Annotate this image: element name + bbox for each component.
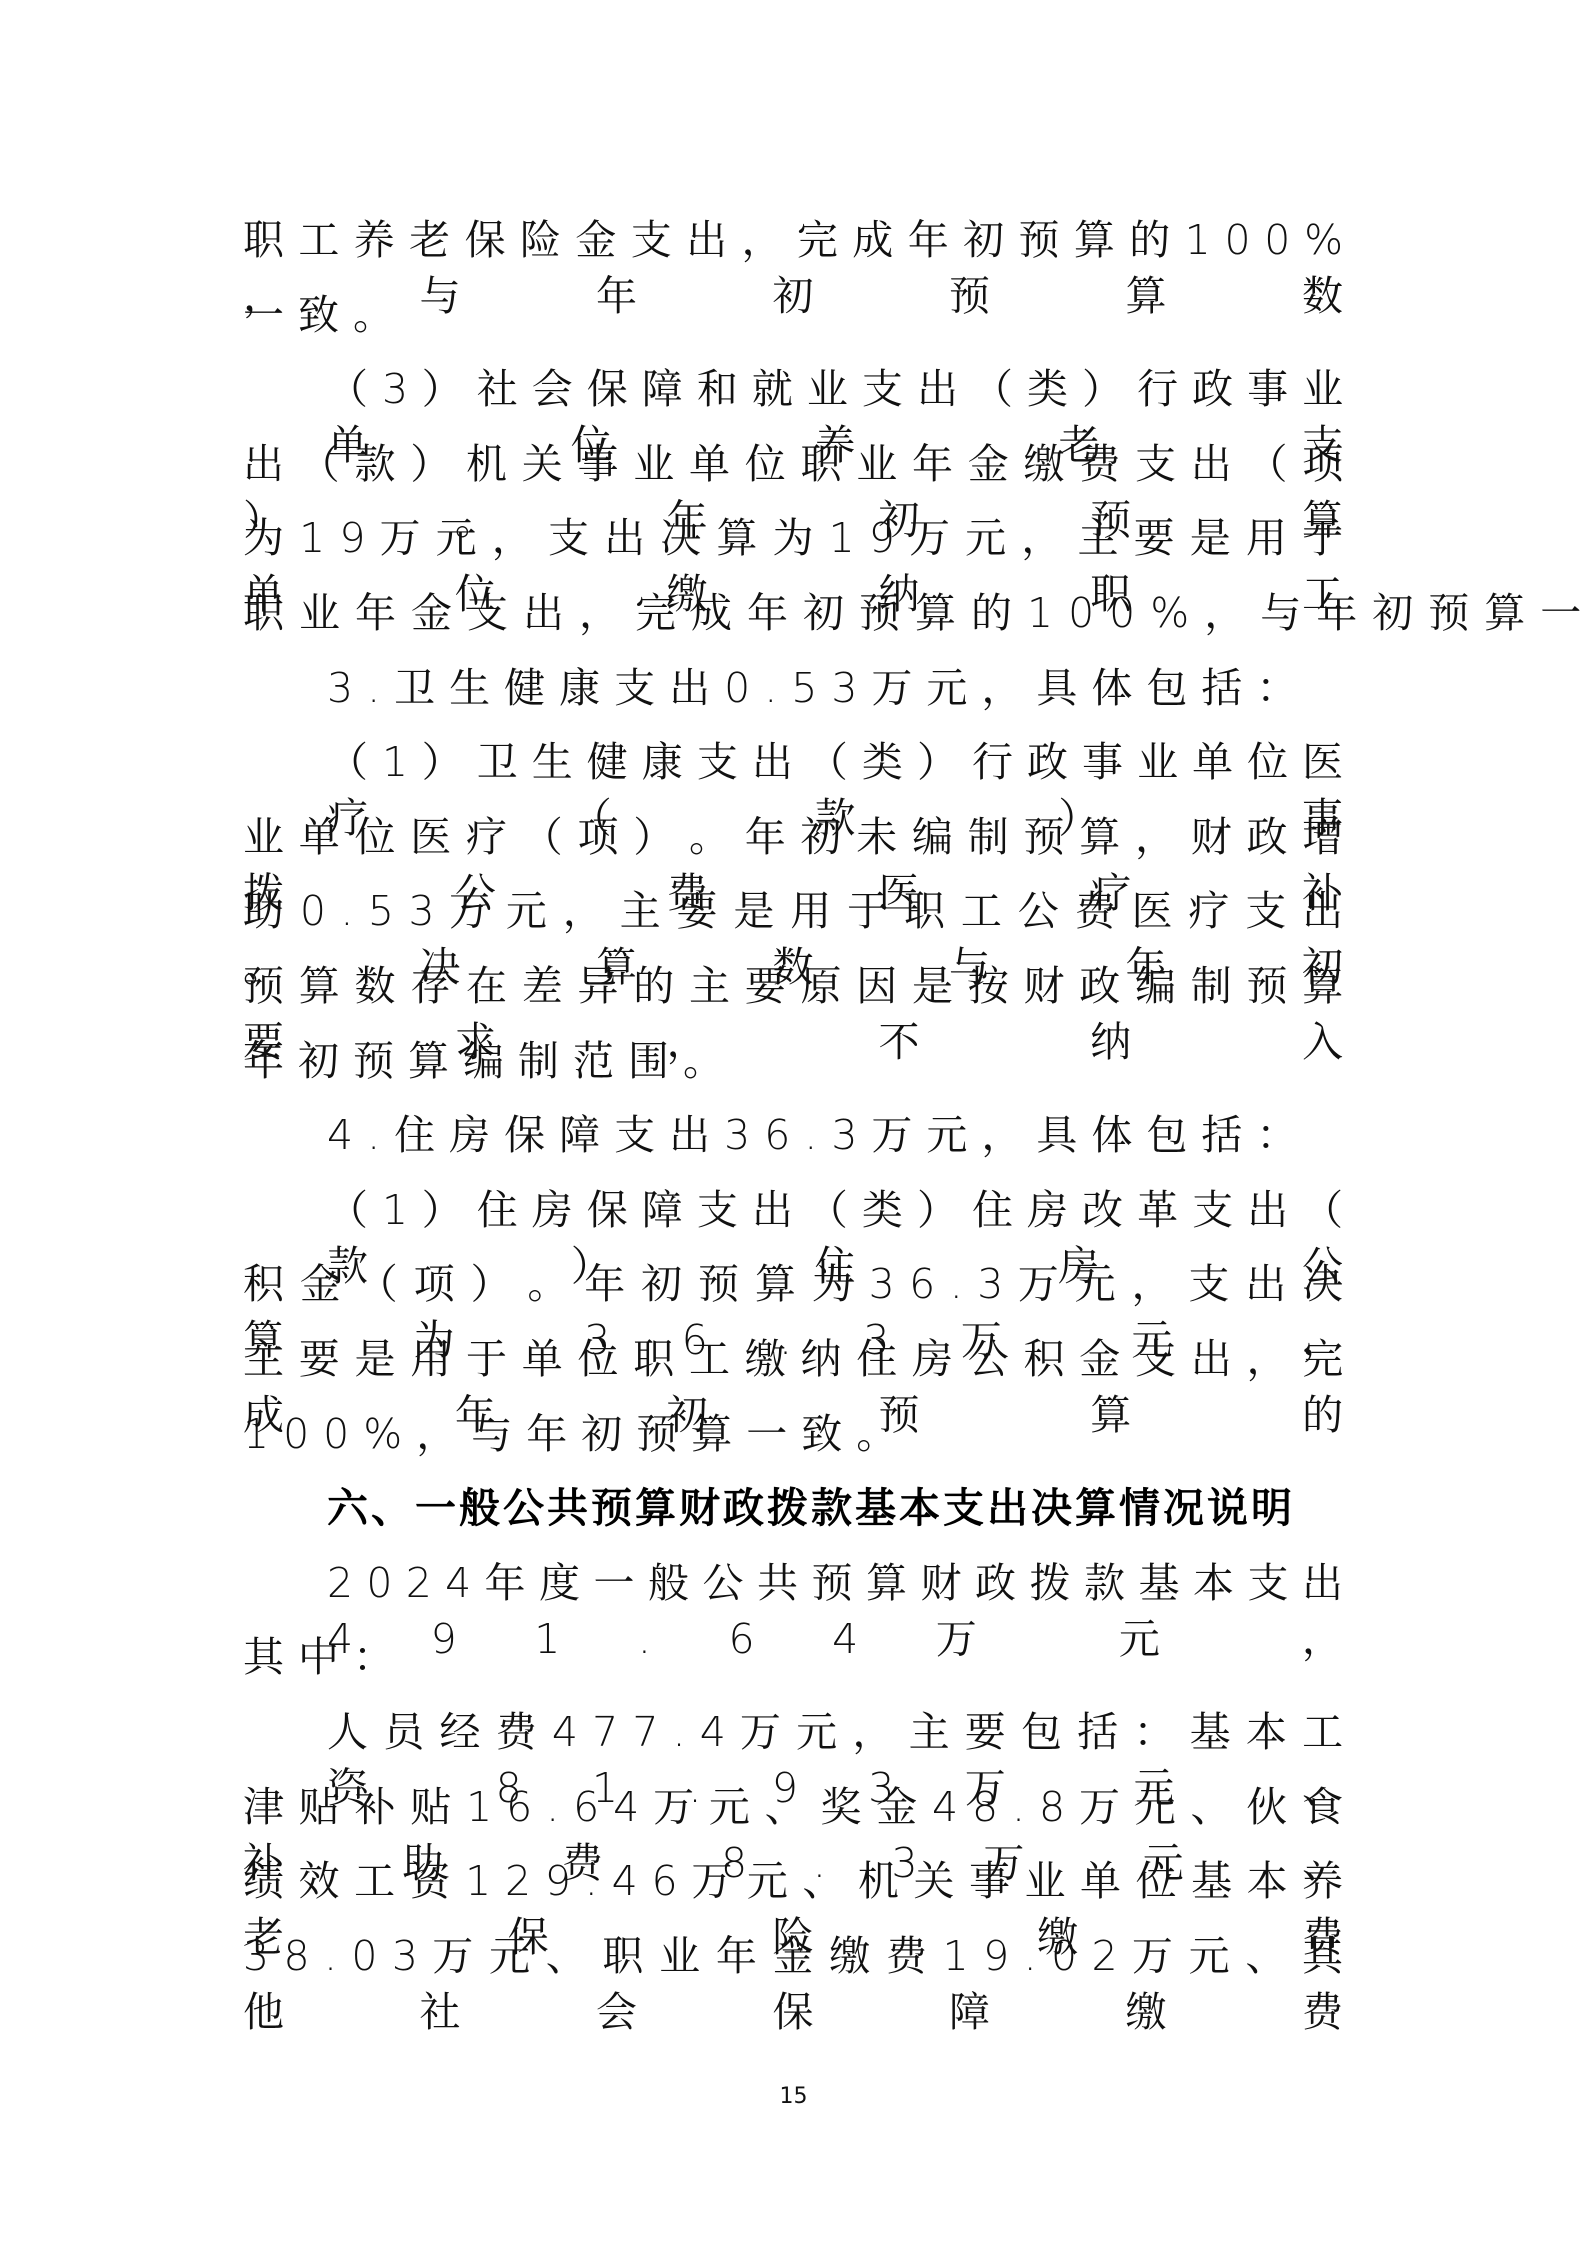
paragraph-line: （​ 1​ ）​ 卫​ 生​ 健​ 康​ 支​ 出​ （​ 类​ ）​ 行​ 政… [327,734,1343,790]
section-heading: 六、一般公共预算财政拨款基本支出决算情况说明 [327,1480,1343,1536]
paragraph-line: 预​ 算​ 数​ 存​ 在​ 差​ 异​ 的​ 主​ 要​ 原​ 因​ 是​ 按… [243,958,1343,1014]
paragraph-line: 职业年金支出，完成年初预算的100%，与年初预算一致。 [243,585,1343,641]
paragraph-line: 积​ 金​ （​ 项​ ）​ 。​ 年​ 初​ 预​ 算​ 为​ 3​ 6​ .… [243,1256,1343,1312]
paragraph-line: 2​ 0​ 2​ 4​ 年​ 度​ 一​ 般​ 公​ 共​ 预​ 算​ 财​ 政… [327,1555,1343,1611]
paragraph-line: 3​ 8​ .​ 0​ 3​ 万​ 元​ 、​ 职​ 业​ 年​ 金​ 缴​ 费… [243,1928,1343,1984]
paragraph-line: 一致。 [243,287,1343,343]
paragraph-line: 年初预算编制范围。 [243,1033,1343,1089]
paragraph-line: 为​ 1​ 9​ 万​ 元​ ，​ 支​ 出​ 决​ 算​ 为​ 1​ 9​ 万… [243,510,1343,566]
paragraph-line: 绩​ 效​ 工​ 资​ 1​ 2​ 9​ .​ 4​ 6​ 万​ 元​ 、​ 机… [243,1853,1343,1909]
paragraph-line: 主​ 要​ 是​ 用​ 于​ 单​ 位​ 职​ 工​ 缴​ 纳​ 住​ 房​ 公… [243,1331,1343,1387]
paragraph-line: 出​ （​ 款​ ）​ 机​ 关​ 事​ 业​ 单​ 位​ 职​ 业​ 年​ 金… [243,436,1343,492]
paragraph-line: 津​ 贴​ 补​ 贴​ 1​ 6​ .​ 6​ 4​ 万​ 元​ 、​ 奖​ 金… [243,1779,1343,1835]
paragraph-line: 人​ 员​ 经​ 费​ 4​ 7​ 7​ .​ 4​ 万​ 元​ ，​ 主​ 要… [327,1704,1343,1760]
paragraph-line: 职​ 工​ 养​ 老​ 保​ 险​ 金​ 支​ 出​ ，​ 完​ 成​ 年​ 初… [243,212,1343,268]
paragraph-line: 业​ 单​ 位​ 医​ 疗​ （​ 项​ ）​ 。​ 年​ 初​ 未​ 编​ 制… [243,809,1343,865]
paragraph-line: （​ 1​ ）​ 住​ 房​ 保​ 障​ 支​ 出​ （​ 类​ ）​ 住​ 房… [327,1182,1343,1238]
page-number: 15 [0,2084,1587,2109]
section-item-housing: 4.住房保障支出36.3万元，具体包括： [327,1107,1343,1163]
paragraph-line: 其中： [243,1629,1343,1685]
document-page: 职​ 工​ 养​ 老​ 保​ 险​ 金​ 支​ 出​ ，​ 完​ 成​ 年​ 初… [0,0,1587,2245]
paragraph-line: （​ 3​ ）​ 社​ 会​ 保​ 障​ 和​ 就​ 业​ 支​ 出​ （​ 类… [327,361,1343,417]
paragraph-line: 100%，与年初预算一致。 [243,1406,1343,1462]
section-item-health: 3.卫生健康支出0.53万元，具体包括： [327,660,1343,716]
paragraph-line: 助​ 0​ .​ 5​ 3​ 万​ 元​ ，​ 主​ 要​ 是​ 用​ 于​ 职… [243,883,1343,939]
